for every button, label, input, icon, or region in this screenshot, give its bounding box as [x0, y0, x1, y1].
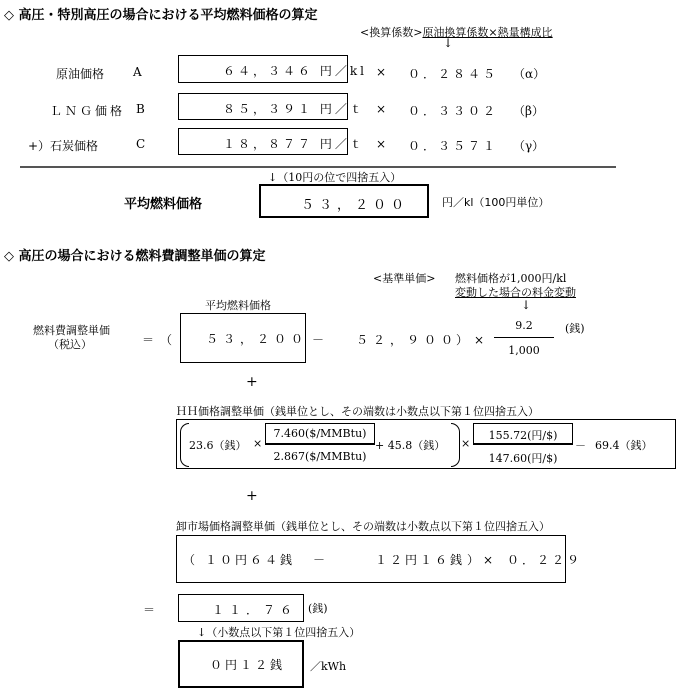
base-price-line2: 変動した場合の料金変動: [455, 284, 576, 300]
plus-sign: +: [246, 374, 258, 390]
conversion-label: <換算係数>原油換算係数×熱量構成比: [360, 24, 553, 40]
final-unit-price: ０円１２銭: [210, 656, 285, 673]
base-price-label: <基準単価>: [373, 270, 435, 286]
crude-oil-label: 原油価格: [56, 65, 104, 82]
avg-fuel-price-label: 平均燃料価格: [124, 193, 202, 212]
times-sign: ×: [376, 137, 386, 151]
conversion-label-text: <換算係数>: [360, 26, 422, 39]
times-sign: ×: [461, 437, 470, 450]
close-paren-times: ）×: [467, 551, 497, 568]
wholesale-base-price: １２円１６銭: [375, 551, 465, 568]
fraction-denominator: 1,000: [494, 344, 554, 357]
fx-base-rate: 147.60(円/$): [473, 450, 573, 466]
lng-label: ＬＮＧ価格: [50, 102, 125, 119]
equals-open-paren: ＝（: [142, 331, 178, 348]
wholesale-current-price: １０円６４銭: [205, 551, 295, 568]
sen-unit: (銭): [565, 320, 585, 336]
times-sign: ×: [253, 437, 262, 450]
lng-letter: B: [136, 102, 145, 116]
fraction-numerator: 9.2: [494, 319, 554, 332]
hh-base-price: 2.867($/MMBtu): [265, 450, 375, 463]
crude-oil-coef: ０．２８４５: [408, 65, 498, 82]
crude-oil-price-box: ６４，３４６ 円／kl: [178, 55, 348, 83]
subtotal-unit: (銭): [308, 600, 328, 616]
hh-coef1: 23.6（銭）: [189, 437, 247, 453]
coal-letter: C: [136, 137, 145, 151]
section1-title: ◇ 高圧・特別高圧の場合における平均燃料価格の算定: [4, 4, 318, 23]
base-price-value: ５２，９００: [356, 331, 458, 348]
beta-label: （β）: [513, 102, 544, 119]
sum-divider: [20, 166, 616, 168]
plus-sign: +: [246, 488, 258, 504]
times-sign: ×: [376, 102, 386, 116]
rounding-note-decimal: ↓（小数点以下第１位四捨五入）: [197, 624, 360, 640]
avg-price-value: ５３，２００: [206, 330, 308, 347]
equals-sign: ＝: [143, 601, 155, 618]
wholesale-adjustment-title: 卸市場価格調整単価（銭単位とし、その端数は小数点以下第１位四捨五入）: [176, 518, 550, 534]
section2-title: ◇ 高圧の場合における燃料費調整単価の算定: [4, 245, 266, 264]
minus-sign: －: [312, 331, 324, 348]
fraction-line: [494, 337, 554, 338]
close-paren-times: ）×: [456, 331, 490, 348]
coal-price: １８，８７７ 円／ｔ: [223, 135, 365, 152]
hh-adjustment-box: 23.6（銭） × 7.460($/MMBtu) 2.867($/MMBtu) …: [176, 419, 676, 469]
wholesale-coef: ０．２２９: [507, 551, 582, 568]
crude-oil-letter: A: [133, 65, 142, 79]
avg-fuel-price-value: ５３，２００: [301, 194, 409, 213]
conversion-formula: 原油換算係数×熱量構成比: [422, 26, 552, 39]
gamma-label: （γ）: [513, 137, 544, 154]
times-sign: ×: [376, 65, 386, 79]
final-unit: ／kWh: [310, 658, 346, 674]
final-unit-price-box: ０円１２銭: [178, 640, 304, 688]
conversion-arrow-icon: ↓: [443, 36, 453, 50]
base-price-arrow-icon: ↓: [521, 298, 531, 312]
lng-price-box: ８５，３９１ 円／ｔ: [178, 93, 348, 120]
avg-price-box: ５３，２００: [180, 313, 306, 363]
hh-adjustment-title: ＨＨ価格調整単価（銭単位とし、その端数は小数点以下第１位四捨五入）: [176, 403, 539, 419]
avg-fuel-price-unit: 円／kl（100円単位）: [442, 194, 549, 210]
alpha-label: （α）: [513, 65, 545, 82]
open-paren: （: [183, 551, 195, 568]
lng-price: ８５，３９１ 円／ｔ: [223, 100, 365, 117]
minus-sign: －: [575, 437, 586, 453]
minus-sign: －: [313, 551, 325, 568]
tax-included-label: （税込）: [48, 336, 92, 352]
hh-price-box: 7.460($/MMBtu): [265, 423, 375, 445]
coal-price-box: １８，８７７ 円／ｔ: [178, 128, 348, 155]
fx-current-rate: 155.72(円/$): [474, 427, 572, 443]
coal-label: +）石炭価格: [28, 137, 98, 154]
avg-price-caption: 平均燃料価格: [205, 297, 271, 313]
crude-oil-price: ６４，３４６ 円／kl: [223, 62, 367, 79]
coal-coef: ０．３５７１: [408, 137, 498, 154]
hh-tail-term: 69.4（銭）: [595, 437, 653, 453]
rounding-note-10yen: ↓（10円の位で四捨五入）: [268, 169, 401, 185]
subtotal-box: １１．７６: [178, 594, 304, 622]
hh-add-term: + 45.8（銭）: [375, 437, 445, 453]
subtotal-value: １１．７６: [212, 601, 297, 618]
fx-rate-box: 155.72(円/$): [473, 423, 573, 445]
left-bracket: [180, 423, 189, 467]
wholesale-adjustment-box: （ １０円６４銭 － １２円１６銭 ）× ０．２２９: [176, 535, 566, 583]
hh-current-price: 7.460($/MMBtu): [266, 427, 374, 440]
avg-fuel-price-box: ５３，２００: [259, 184, 429, 218]
right-bracket: [451, 423, 460, 467]
lng-coef: ０．３３０２: [408, 102, 498, 119]
